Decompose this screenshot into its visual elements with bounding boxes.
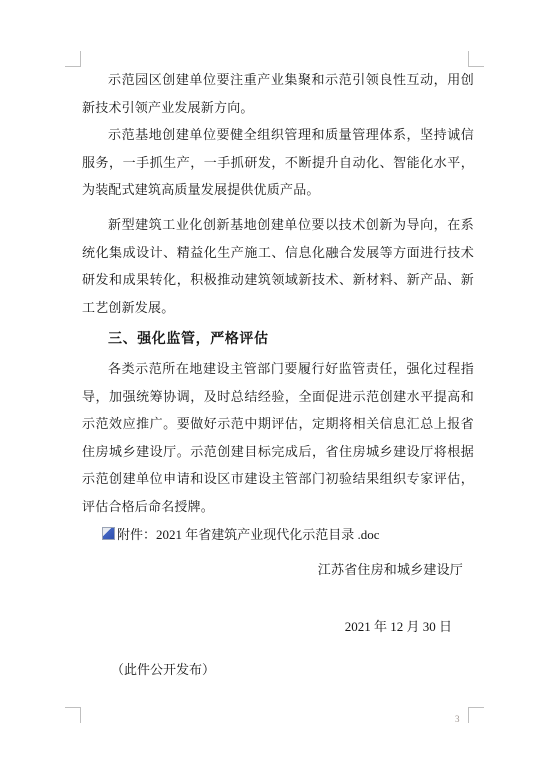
date-line: 2021 年 12 月 30 日 xyxy=(345,613,452,641)
crop-mark-bottom-left xyxy=(65,707,81,723)
paragraph-demo-parks: 示范园区创建单位要注重产业集聚和示范引领良性互动，用创新技术引领产业发展新方向。 xyxy=(82,66,474,121)
page-number: 3 xyxy=(455,714,460,724)
attachment-doc-icon xyxy=(102,527,115,540)
signature-line: 江苏省住房和城乡建设厅 xyxy=(318,556,463,584)
crop-mark-top-left xyxy=(65,51,81,67)
attachment-label: 附件：2021 年省建筑产业现代化示范目录 .doc xyxy=(117,527,380,542)
paragraph-demo-bases: 示范基地创建单位要健全组织管理和质量管理体系，坚持诚信服务，一手抓生产，一手抓研… xyxy=(82,121,474,204)
section-heading-supervision: 三、强化监管，严格评估 xyxy=(82,325,474,353)
crop-mark-top-right xyxy=(468,51,484,67)
paragraph-supervision-evaluation: 各类示范所在地建设主管部门要履行好监管责任，强化过程指导，加强统筹协调，及时总结… xyxy=(82,355,474,520)
document-page: 示范园区创建单位要注重产业集聚和示范引领良性互动，用创新技术引领产业发展新方向。… xyxy=(0,0,547,772)
crop-mark-bottom-right xyxy=(468,707,484,723)
closing-note: （此件公开发布） xyxy=(111,656,215,684)
paragraph-innovation-bases: 新型建筑工业化创新基地创建单位要以技术创新为导向，在系统化集成设计、精益化生产施… xyxy=(82,211,474,321)
attachment-line[interactable]: 附件：2021 年省建筑产业现代化示范目录 .doc xyxy=(82,521,474,549)
